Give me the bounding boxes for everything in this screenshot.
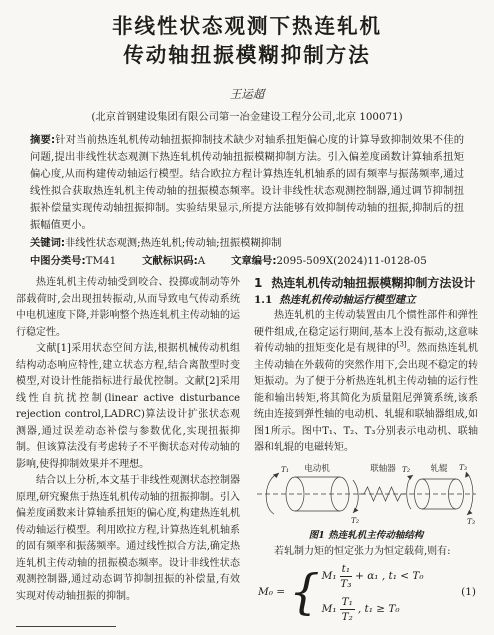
article-no-item: 文章编号:2095-509X(2024)11-0128-05 [231,253,427,270]
torque-arc-t2 [353,480,358,513]
torque-arrowhead-t2-roller [407,475,413,480]
case1-denominator: T₃ [340,577,351,590]
cases-brace: { [289,571,320,614]
t3-top-label: T₃ [459,463,467,472]
article-no-value: 2095-509X(2024)11-0128-05 [276,255,426,267]
keywords-text: 非线性状态观测;热连轧机;传动轴;扭振模糊抑制 [65,237,281,249]
case2-denominator: T₂ [342,610,353,623]
case1-numerator: t₁ [340,563,352,577]
equation-1: M₀ = { M₁ t₁T₃ + α₁ , t₁ < T₀ M₁ T₁T₂ , … [254,563,478,623]
abstract-label: 摘要: [30,134,55,146]
section-1-1-text-post: 。然而热连轧机主传动轴在外载荷的突然作用下,会出现不稳定的转矩振动。为了便于分析… [254,343,478,453]
author-name: 王运超 [16,86,478,102]
footnote-rule [16,626,116,627]
abstract-text: 针对当前热连轧机传动轴扭振抑制技术缺少对轴系扭矩偏心度的计算导致抑制效果不佳的问… [30,134,464,231]
section-1-title: 热连轧机传动轴扭振模糊抑制方法设计 [271,276,475,290]
paper-title-line2: 传动轴扭振模糊抑制方法 [16,41,478,70]
equation-cases: M₁ t₁T₃ + α₁ , t₁ < T₀ M₁ T₁T₂ , t₁ ≥ T₀ [322,563,424,623]
right-column: 1热连轧机传动轴扭振模糊抑制方法设计 1.1热连轧机传动轴运行模型建立 热连轧机… [254,275,478,623]
doc-code-value: A [198,255,205,267]
figure1-diagram: T₁ 电动机 T₂ 联轴器 [255,461,477,525]
motor-label: 电动机 [304,463,330,474]
figure-1: T₁ 电动机 T₂ 联轴器 [254,461,478,545]
intro-paragraph-2: 文献[1]采用状态空间方法,根据机械传动机组结构动态响应特性,建立状态方程,结合… [16,341,240,473]
case2-condition: , t₁ ≥ T₀ [358,601,400,618]
keywords-label: 关键词: [30,237,65,249]
t2-bottom-label: T₂ [351,516,359,525]
body-columns: 热连轧机主传动轴受到咬合、投掷或制动等外部载荷时,会出现扭转振动,从而导致电气传… [16,275,478,623]
section-1-1-heading: 1.1热连轧机传动轴运行模型建立 [254,292,478,308]
torque-arc-t2-roller [407,475,413,509]
case2-numerator: T₁ [340,596,355,610]
case1-condition: + α₁ , t₁ < T₀ [355,568,424,585]
equation-number: (1) [461,584,476,601]
case2-fraction: T₁T₂ [340,596,355,623]
torque-arc-t1 [266,473,279,514]
roller-label: 轧辊 [430,463,448,474]
section-1-1-paragraph: 热连轧机的主传动装置由几个惯性部件和弹性硬件组成,在稳定运行期间,基本上没有振动… [254,308,478,457]
figure-1-caption: 图1 热连轧机主传动轴结构 [254,528,478,545]
t2-roller-label: T₂ [402,465,410,474]
section-1-number: 1 [254,276,262,290]
abstract-block: 摘要:针对当前热连轧机传动轴扭振抑制技术缺少对轴系扭矩偏心度的计算导致抑制效果不… [30,132,464,270]
article-no-label: 文章编号: [231,255,276,267]
doc-code-label: 文献标识码: [142,255,198,267]
section-1-1-number: 1.1 [254,294,272,306]
abstract-paragraph: 摘要:针对当前热连轧机传动轴扭振抑制技术缺少对轴系扭矩偏心度的计算导致抑制效果不… [30,132,464,234]
clc-item: 中图分类号:TM41 [30,253,116,270]
classification-row: 中图分类号:TM41 文献标识码:A 文章编号:2095-509X(2024)1… [30,253,464,270]
paper-page: 非线性状态观测下热连轧机 传动轴扭振模糊抑制方法 王运超 (北京首钢建设集团有限… [0,0,494,635]
clc-value: TM41 [86,255,117,267]
t3-bottom-label: T₃ [467,517,475,525]
case1-coefficient: M₁ [322,568,337,585]
torque-arrowhead-t2 [353,507,359,512]
section-1-1-title: 热连轧机传动轴运行模型建立 [279,294,416,306]
citation-3-superscript: [3] [397,341,407,349]
case1-fraction: t₁T₃ [340,563,352,590]
paper-title: 非线性状态观测下热连轧机 传动轴扭振模糊抑制方法 [16,12,478,70]
intro-paragraph-3: 结合以上分析,本文基于非线性观测状态控制器原理,研究聚焦于热连轧机传动轴的扭振抑… [16,473,240,605]
equation-lhs: M₀ = [258,584,285,601]
equation-case-1: M₁ t₁T₃ + α₁ , t₁ < T₀ [322,563,424,590]
intro-paragraph-1: 热连轧机主传动轴受到咬合、投掷或制动等外部载荷时,会出现扭转振动,从而导致电气传… [16,275,240,341]
left-column: 热连轧机主传动轴受到咬合、投掷或制动等外部载荷时,会出现扭转振动,从而导致电气传… [16,275,240,623]
doc-code-item: 文献标识码:A [142,253,205,270]
author-affiliation: (北京首钢建设集团有限公司第一冶金建设工程分公司,北京 100071) [16,108,478,123]
keywords-row: 关键词:非线性状态观测;热连轧机;传动轴;扭振模糊抑制 [30,235,464,252]
paper-title-line1: 非线性状态观测下热连轧机 [16,12,478,41]
torque-arc-t3 [466,472,473,515]
clc-label: 中图分类号: [30,255,86,267]
equation-case-2: M₁ T₁T₂ , t₁ ≥ T₀ [322,596,424,623]
coupling-spring [359,487,406,501]
coupling-label: 联轴器 [370,463,396,474]
section-1-heading: 1热连轧机传动轴扭振模糊抑制方法设计 [254,275,478,292]
equation-intro: 若轧制力矩的恒定张力为恒定载荷,则有: [254,544,478,561]
torque-arrowhead-t3-bottom [467,510,473,515]
t1-label: T₁ [281,465,289,474]
torque-arrowhead-t1 [273,473,279,478]
case2-coefficient: M₁ [322,601,337,618]
